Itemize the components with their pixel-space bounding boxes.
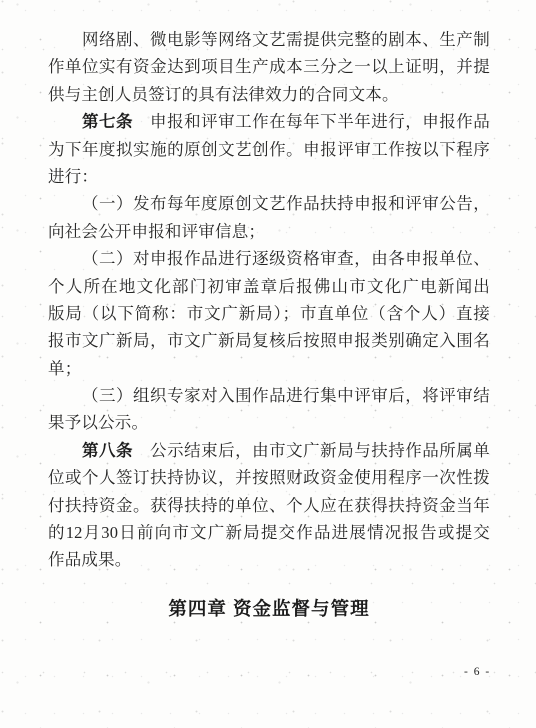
text-line: 供与主创人员签订的具有法律效力的合同文本。 [48,81,490,108]
text-segment: 付扶持资金。获得扶持的单位、个人应在获得扶持资金当年 [48,496,490,515]
text-line: 版局（以下简称：市文广新局）；市直单位（含个人）直接 [48,300,490,327]
text-segment: 单； [48,359,81,378]
article-number: 第七条 [82,113,133,131]
text-line: 位或个人签订扶持协议，并按照财政资金使用程序一次性拨 [48,464,490,491]
text-segment: 供与主创人员签订的具有法律效力的合同文本。 [48,85,399,104]
text-segment: 位或个人签订扶持协议，并按照财政资金使用程序一次性拨 [48,468,490,487]
text-line: 第七条 申报和评审工作在每年下半年进行，申报作品 [48,108,490,135]
text-line: 进行： [48,163,490,190]
text-segment: 果予以公示。 [48,413,148,432]
text-line: （三）组织专家对入围作品进行集中评审后，将评审结 [48,382,490,409]
text-segment: 申报和评审工作在每年下半年进行，申报作品 [133,112,490,131]
text-line: 付扶持资金。获得扶持的单位、个人应在获得扶持资金当年 [48,492,490,519]
text-segment: （一）发布每年度原创文艺作品扶持申报和评审公告， [82,194,490,213]
text-line: 作单位实有资金达到项目生产成本三分之一以上证明，并提 [48,53,490,80]
document-page: 网络剧、微电影等网络文艺需提供完整的剧本、生产制作单位实有资金达到项目生产成本三… [0,0,536,728]
text-line: 为下年度拟实施的原创文艺创作。申报评审工作按以下程序 [48,136,490,163]
text-segment: 个人所在地文化部门初审盖章后报佛山市文化广电新闻出 [48,277,490,296]
text-segment: 公示结束后，由市文广新局与扶持作品所属单 [133,441,490,460]
article-number: 第八条 [82,442,133,460]
text-line: 网络剧、微电影等网络文艺需提供完整的剧本、生产制 [48,26,490,53]
text-segment: 报市文广新局，市文广新局复核后按照申报类别确定入围名 [48,331,490,350]
text-line: 第八条 公示结束后，由市文广新局与扶持作品所属单 [48,437,490,464]
document-body: 网络剧、微电影等网络文艺需提供完整的剧本、生产制作单位实有资金达到项目生产成本三… [48,26,490,621]
text-segment: 为下年度拟实施的原创文艺创作。申报评审工作按以下程序 [48,140,490,159]
text-segment: 的12月30日前向市文广新局提交作品进展情况报告或提交 [48,523,490,542]
text-line: （二）对申报作品进行逐级资格审查，由各申报单位、 [48,245,490,272]
page-number: - 6 - [464,666,491,678]
text-segment: 作单位实有资金达到项目生产成本三分之一以上证明，并提 [48,57,490,76]
text-segment: 网络剧、微电影等网络文艺需提供完整的剧本、生产制 [82,30,490,49]
text-segment: 进行： [48,167,98,186]
text-line: 的12月30日前向市文广新局提交作品进展情况报告或提交 [48,519,490,546]
text-segment: （二）对申报作品进行逐级资格审查，由各申报单位、 [82,249,490,268]
text-line: 个人所在地文化部门初审盖章后报佛山市文化广电新闻出 [48,273,490,300]
text-segment: （三）组织专家对入围作品进行集中评审后，将评审结 [82,386,490,405]
text-segment: 版局（以下简称：市文广新局）；市直单位（含个人）直接 [48,304,490,323]
text-line: 果予以公示。 [48,409,490,436]
text-line: 单； [48,355,490,382]
text-segment: 向社会公开申报和评审信息； [48,222,265,241]
chapter-heading: 第四章 资金监督与管理 [48,595,490,621]
text-line: 向社会公开申报和评审信息； [48,218,490,245]
text-line: 作品成果。 [48,546,490,573]
text-line: （一）发布每年度原创文艺作品扶持申报和评审公告， [48,190,490,217]
text-segment: 作品成果。 [48,550,132,569]
text-line: 报市文广新局，市文广新局复核后按照申报类别确定入围名 [48,327,490,354]
